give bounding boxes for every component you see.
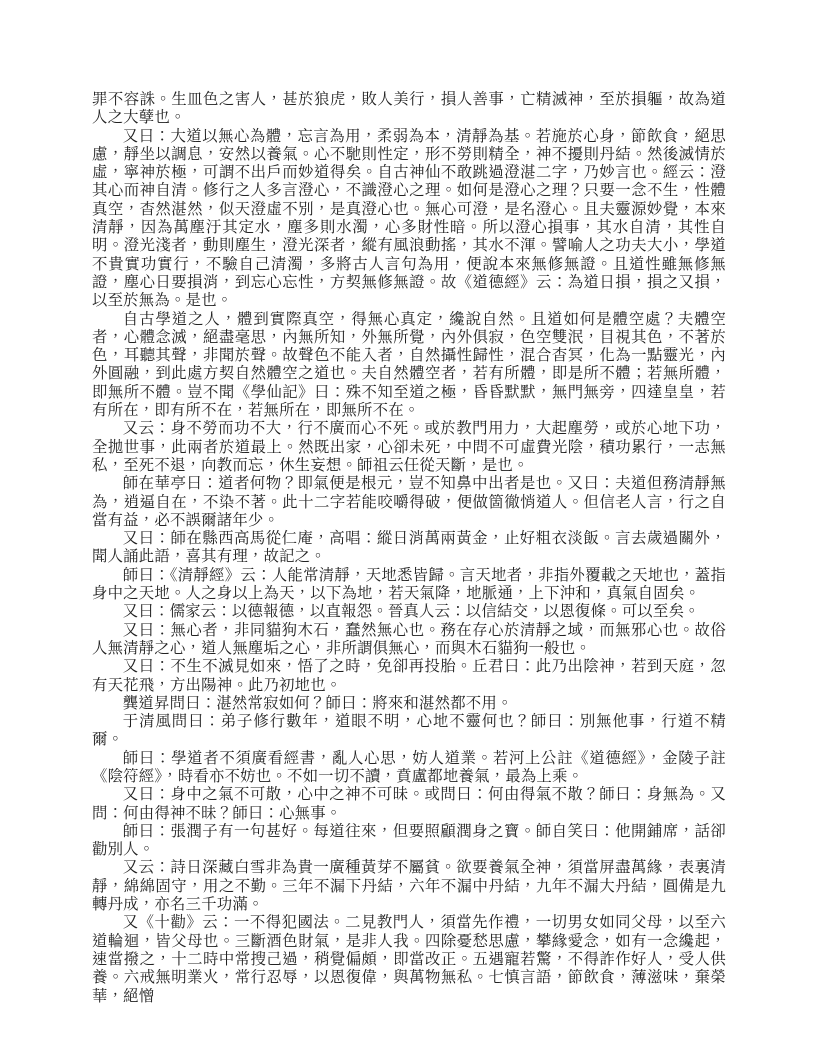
paragraph: 又曰：師在縣西高馬從仁庵，高唱：縱日消萬兩黃金，止好粗衣淡飯。言去歲過關外，聞人… (92, 529, 726, 566)
page-text-column: 罪不容誅。生皿色之害人，甚於狼虎，敗人美行，損人善事，亡精滅神，至於損軀，故為道… (92, 90, 726, 1005)
paragraph: 又曰：無心者，非同貓狗木石，蠢然無心也。務在存心於清靜之域，而無邪心也。故俗人無… (92, 621, 726, 658)
paragraph: 師曰：《清靜經》云：人能常清靜，天地悉皆歸。言天地者，非指外覆載之天地也，蓋指身… (92, 566, 726, 603)
paragraph: 自古學道之人，體到實際真空，得無心真定，纔說自然。且道如何是體空處？夫體空者，心… (92, 310, 726, 420)
paragraph: 又曰：身中之氣不可散，心中之神不可昧。或問曰：何由得氣不散？師曰：身無為。又問：… (92, 785, 726, 822)
paragraph: 師曰：張潤子有一句甚好。每道往來，但要照顧潤身之寶。師自笑曰：他開鋪席，話卻勸別… (92, 822, 726, 859)
paragraph: 罪不容誅。生皿色之害人，甚於狼虎，敗人美行，損人善事，亡精滅神，至於損軀，故為道… (92, 90, 726, 127)
paragraph: 又《十勸》云：一不得犯國法。二見教門人，須當先作禮，一切男女如同父母，以至六道輪… (92, 913, 726, 1004)
paragraph: 師曰：學道者不須廣看經書，亂人心思，妨人道業。若河上公註《道德經》，金陵子註《陰… (92, 749, 726, 786)
paragraph: 又曰：大道以無心為體，忘言為用，柔弱為本，清靜為基。若施於心身，節飲食，絕思慮，… (92, 127, 726, 310)
paragraph: 龔道昇問曰：湛然常寂如何？師曰：將來和湛然都不用。 (92, 694, 726, 712)
document-page: 罪不容誅。生皿色之害人，甚於狼虎，敗人美行，損人善事，亡精滅神，至於損軀，故為道… (0, 0, 816, 1056)
paragraph: 師在華亭曰：道者何物？即氣便是根元，豈不知鼻中出者是也。又曰：夫道但務清靜無為，… (92, 474, 726, 529)
paragraph: 又云：身不勞而功不大，行不廣而心不死。或於教門用力，大起塵勞，或於心地下功，全拋… (92, 419, 726, 474)
paragraph: 又曰：儒家云：以德報德，以直報怨。晉真人云：以信結交，以恩復條。可以至矣。 (92, 602, 726, 620)
paragraph: 于清風問曰：弟子修行數年，道眼不明，心地不靈何也？師曰：別無他事，行道不精爾。 (92, 712, 726, 749)
paragraph: 又曰：不生不滅見如來，悟了之時，免卻再投胎。丘君曰：此乃出陰神，若到天庭，忽有天… (92, 657, 726, 694)
paragraph: 又云：詩日深藏白雪非為貴一廣種黃芽不屬貧。欲要養氣全神，須當屏盡萬緣，表裏清靜，… (92, 858, 726, 913)
